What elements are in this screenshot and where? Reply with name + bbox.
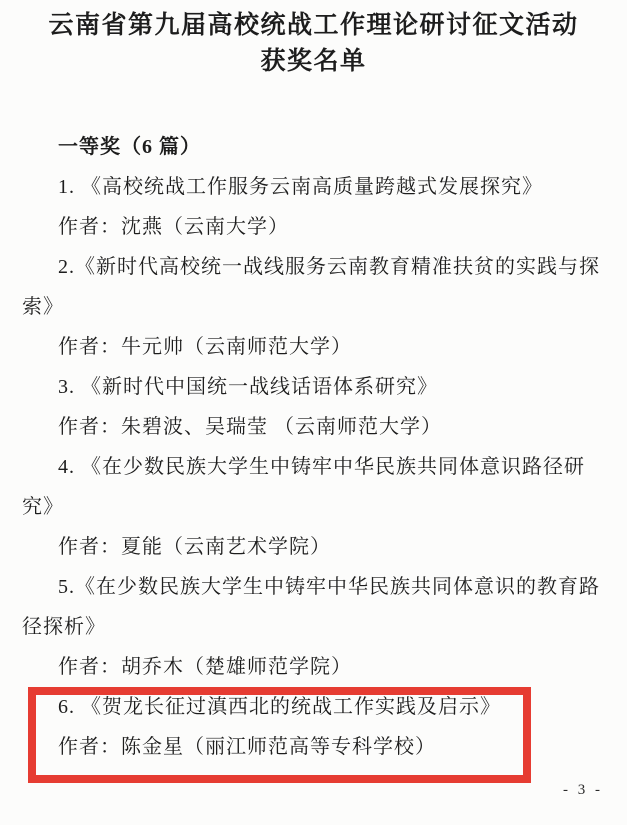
entry-5-title-line1: 5.《在少数民族大学生中铸牢中华民族共同体意识的教育路 <box>22 567 605 607</box>
red-highlight-annotation-box <box>28 687 531 783</box>
entry-2-title-line1: 2.《新时代高校统一战线服务云南教育精准扶贫的实践与探 <box>22 247 605 287</box>
entry-2-author: 作者：牛元帅（云南师范大学） <box>22 327 605 367</box>
entry-4-title-line1: 4. 《在少数民族大学生中铸牢中华民族共同体意识路径研 <box>22 447 605 487</box>
scanned-document-page: 云南省第九届高校统战工作理论研讨征文活动 获奖名单 一等奖（6 篇） 1. 《高… <box>0 0 627 825</box>
document-title-line1: 云南省第九届高校统战工作理论研讨征文活动 <box>22 8 605 44</box>
section-heading-first-prize: 一等奖（6 篇） <box>22 127 605 167</box>
document-title-line2: 获奖名单 <box>22 44 605 80</box>
entry-4-author: 作者：夏能（云南艺术学院） <box>22 527 605 567</box>
entry-5-title-line2: 径探析》 <box>22 607 605 647</box>
entry-4-title-line2: 究》 <box>22 487 605 527</box>
page-number: - 3 - <box>563 782 603 799</box>
page-content: 云南省第九届高校统战工作理论研讨征文活动 获奖名单 一等奖（6 篇） 1. 《高… <box>0 0 627 767</box>
award-list: 一等奖（6 篇） 1. 《高校统战工作服务云南高质量跨越式发展探究》 作者：沈燕… <box>22 127 605 767</box>
entry-1-title: 1. 《高校统战工作服务云南高质量跨越式发展探究》 <box>22 167 605 207</box>
entry-2-title-line2: 索》 <box>22 287 605 327</box>
entry-1-author: 作者：沈燕（云南大学） <box>22 207 605 247</box>
document-title: 云南省第九届高校统战工作理论研讨征文活动 获奖名单 <box>22 8 605 80</box>
entry-3-title: 3. 《新时代中国统一战线话语体系研究》 <box>22 367 605 407</box>
entry-3-author: 作者：朱碧波、吴瑞莹 （云南师范大学） <box>22 407 605 447</box>
entry-5-author: 作者：胡乔木（楚雄师范学院） <box>22 647 605 687</box>
